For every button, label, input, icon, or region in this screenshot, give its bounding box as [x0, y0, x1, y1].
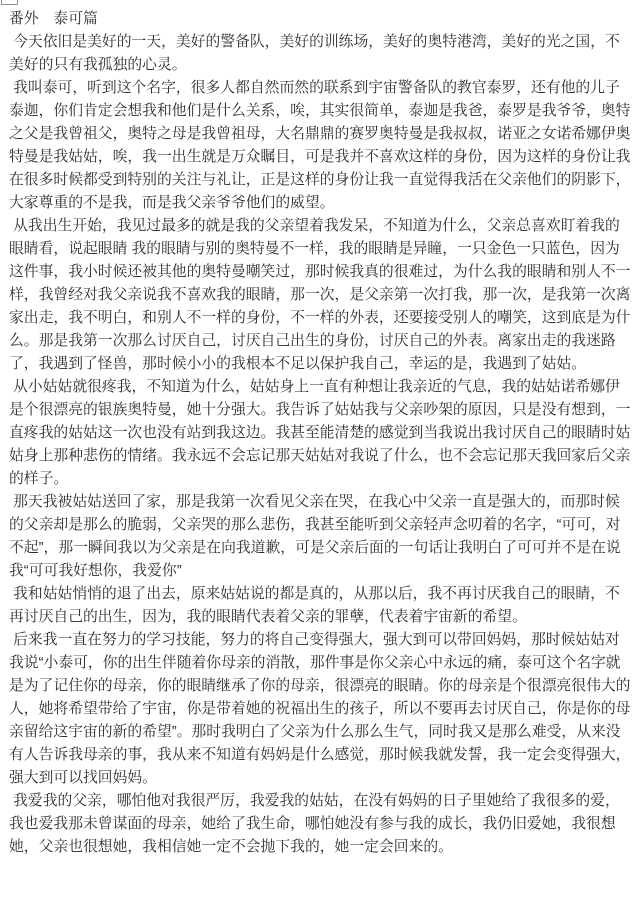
paragraph: 我叫泰可，听到这个名字，很多人都自然而然的联系到宇宙警备队的教官泰罗，还有他的儿… [9, 77, 631, 215]
chapter-title: 番外 泰可篇 [9, 8, 631, 31]
paragraph: 我爱我的父亲，哪怕他对我很严厉，我爱我的姑姑，在没有妈妈的日子里她给了我很多的爱… [9, 790, 631, 859]
paragraph: 从我出生开始，我见过最多的就是我的父亲望着我发呆，不知道为什么，父亲总喜欢盯着我… [9, 215, 631, 376]
cropped-window-corner [1, 0, 18, 5]
paragraph: 从小姑姑就很疼我，不知道为什么，姑姑身上一直有种想让我亲近的气息，我的姑姑诺希娜… [9, 376, 631, 491]
paragraph: 今天依旧是美好的一天，美好的警备队，美好的训练场，美好的奥特港湾，美好的光之国，… [9, 31, 631, 77]
chapter-body: 今天依旧是美好的一天，美好的警备队，美好的训练场，美好的奥特港湾，美好的光之国，… [9, 31, 631, 859]
document-page: 番外 泰可篇 今天依旧是美好的一天，美好的警备队，美好的训练场，美好的奥特港湾，… [0, 0, 640, 912]
paragraph: 那天我被姑姑送回了家，那是我第一次看见父亲在哭，在我心中父亲一直是强大的，而那时… [9, 491, 631, 583]
paragraph: 我和姑姑悄悄的退了出去，原来姑姑说的都是真的，从那以后，我不再讨厌我自己的眼睛，… [9, 583, 631, 629]
paragraph: 后来我一直在努力的学习技能，努力的将自己变得强大，强大到可以带回妈妈，那时候姑姑… [9, 629, 631, 790]
